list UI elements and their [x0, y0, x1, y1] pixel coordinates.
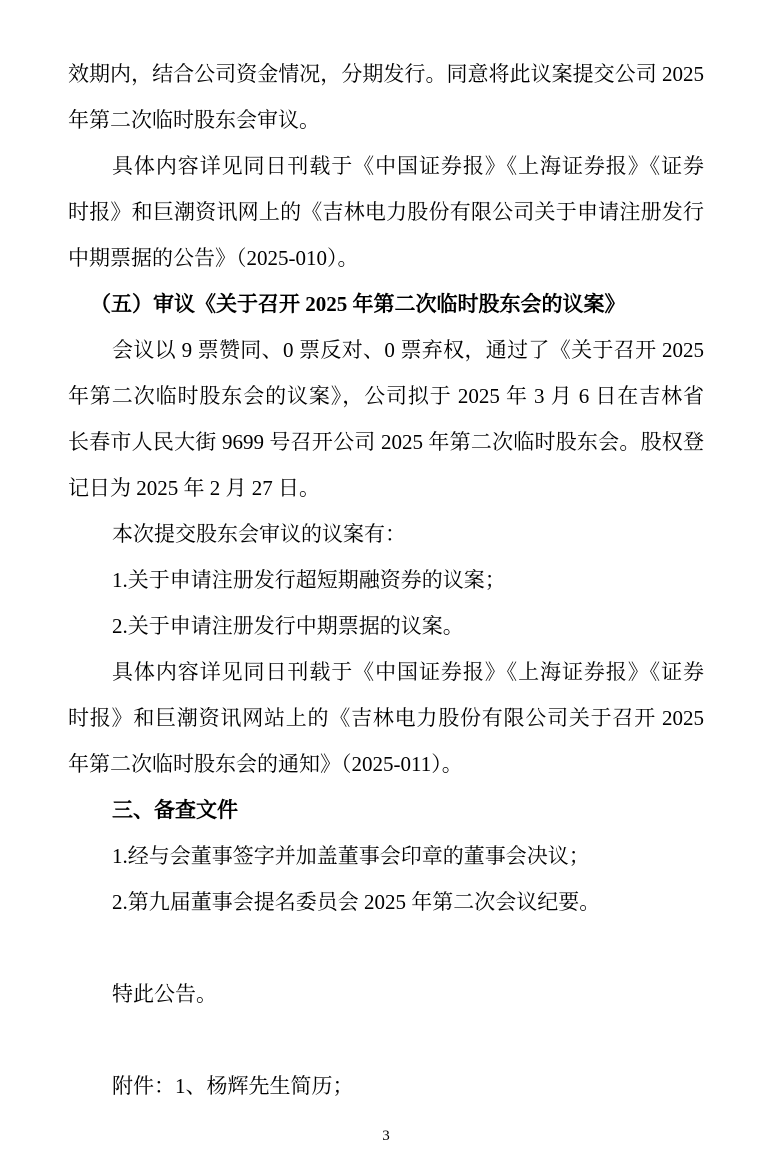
document-line: [68, 925, 704, 971]
document-body: 效期内，结合公司资金情况，分期发行。同意将此议案提交公司 2025年第二次临时股…: [68, 51, 704, 1109]
document-line: 中期票据的公告》（2025-010）。: [68, 235, 704, 281]
document-line: 1.关于申请注册发行超短期融资券的议案；: [68, 557, 704, 603]
document-line: 年第二次临时股东会的通知》（2025-011）。: [68, 741, 704, 787]
document-line: 长春市人民大街 9699 号召开公司 2025 年第二次临时股东会。股权登: [68, 419, 704, 465]
document-line: 年第二次临时股东会的议案》，公司拟于 2025 年 3 月 6 日在吉林省: [68, 373, 704, 419]
document-line: 效期内，结合公司资金情况，分期发行。同意将此议案提交公司 2025: [68, 51, 704, 97]
document-line: [68, 1017, 704, 1063]
page-number: 3: [382, 1128, 390, 1144]
document-line: 年第二次临时股东会审议。: [68, 97, 704, 143]
document-line: 记日为 2025 年 2 月 27 日。: [68, 465, 704, 511]
document-line: 时报》和巨潮资讯网上的《吉林电力股份有限公司关于申请注册发行: [68, 189, 704, 235]
section-heading: （五）审议《关于召开 2025 年第二次临时股东会的议案》: [68, 281, 704, 327]
document-line: 2.关于申请注册发行中期票据的议案。: [68, 603, 704, 649]
page-footer: 3: [0, 1126, 772, 1146]
document-line: 2.第九届董事会提名委员会 2025 年第二次会议纪要。: [68, 879, 704, 925]
document-line: 会议以 9 票赞同、0 票反对、0 票弃权，通过了《关于召开 2025: [68, 327, 704, 373]
section-heading: 三、备查文件: [68, 787, 704, 833]
document-page: 效期内，结合公司资金情况，分期发行。同意将此议案提交公司 2025年第二次临时股…: [0, 0, 772, 1169]
document-line: 具体内容详见同日刊载于《中国证券报》《上海证券报》《证券: [68, 649, 704, 695]
document-line: 1.经与会董事签字并加盖董事会印章的董事会决议；: [68, 833, 704, 879]
document-line: 时报》和巨潮资讯网站上的《吉林电力股份有限公司关于召开 2025: [68, 695, 704, 741]
document-line: 本次提交股东会审议的议案有：: [68, 511, 704, 557]
document-line: 附件：1、杨辉先生简历；: [68, 1063, 704, 1109]
document-line: 具体内容详见同日刊载于《中国证券报》《上海证券报》《证券: [68, 143, 704, 189]
document-line: 特此公告。: [68, 971, 704, 1017]
